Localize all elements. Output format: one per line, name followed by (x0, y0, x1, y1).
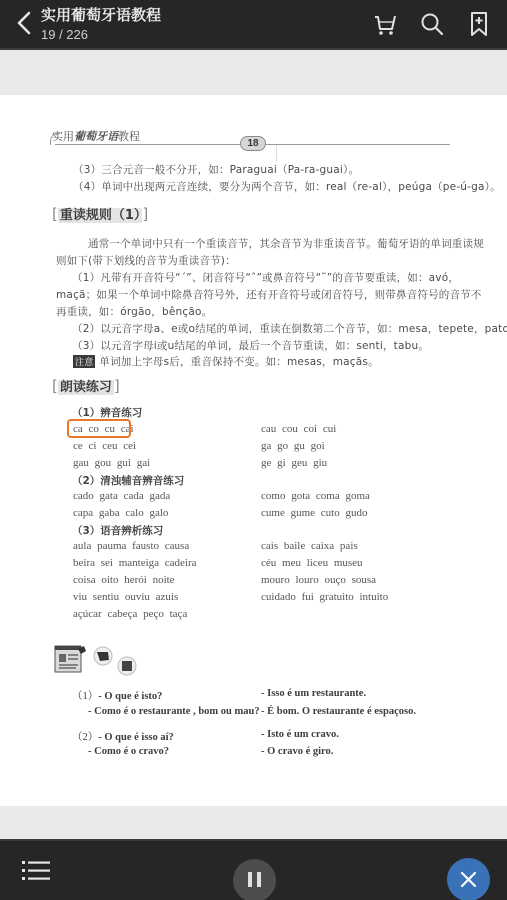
word-row: cais baile caixa pais (261, 540, 358, 552)
pause-icon (233, 859, 276, 900)
paragraph-line: （2）以元音字母a、e或o结尾的单词，重读在倒数第二个音节，如：mesa，tep… (72, 321, 507, 336)
page-fold-mark (276, 145, 277, 161)
pause-button[interactable] (233, 859, 276, 900)
word-row: mouro louro ouço sousa (261, 574, 376, 586)
dialogue-text: - O que é isto? (98, 691, 162, 702)
page-indicator: 19 / 226 (41, 27, 88, 42)
dialogue-2-line-2-left: - Como é o cravo? (88, 746, 169, 757)
list-menu-icon (20, 858, 52, 884)
word-row: capa gaba calo galo (73, 507, 168, 519)
paragraph-line: 通常一个单词中只有一个重读音节，其余音节为非重读音节。葡萄牙语的单词重读规 (88, 236, 484, 251)
dialogue-2-line-1-right: - Isto é um cravo. (261, 729, 339, 740)
paragraph-line: 则如下(带下划线的音节为重读音节)： (56, 253, 236, 268)
reader-margin-top (0, 52, 507, 95)
close-button[interactable] (447, 858, 490, 900)
dialogue-1-line-1-right: - Isso é um restaurante. (261, 688, 366, 699)
word-row: ga go gu goi (261, 440, 325, 452)
cart-button[interactable] (372, 11, 398, 37)
add-bookmark-button[interactable] (466, 11, 492, 37)
header-bold: 葡萄牙语 (74, 130, 118, 143)
word-row: ge gi geu giu (261, 457, 327, 469)
back-chevron-icon (14, 10, 36, 36)
note-tag: 注意 (73, 355, 95, 368)
running-header: 实用葡萄牙语教程 (52, 128, 140, 144)
dialogue-1-line-1-left: （1）- O que é isto? (72, 688, 162, 703)
search-button[interactable] (419, 11, 445, 37)
book-title: 实用葡萄牙语教程 (41, 4, 161, 25)
section-heading-stress-rules: [重读规则（1）] (52, 204, 148, 223)
word-row: açúcar cabeça peço taça (73, 608, 187, 620)
dialogue-number: （1） (72, 691, 98, 702)
word-row: aula pauma fausto causa (73, 540, 189, 552)
word-row: como gota coma goma (261, 490, 370, 502)
dialogue-number: （2） (72, 732, 98, 743)
paragraph-line: （1）凡带有开音符号“´”、闭音符号“ˆ”或鼻音符号“˜”的音节要重读，如：av… (72, 270, 459, 285)
word-row: coisa oito herói noite (73, 574, 175, 586)
word-row: ce ci ceu cei (73, 440, 136, 452)
reading-highlight-box (67, 419, 131, 438)
top-bar: 实用葡萄牙语教程 19 / 226 (0, 0, 507, 50)
paragraph-line: maçã；如果一个单词中除鼻音符号外，还有开音符号或闭音符号，则带鼻音符号的音节… (56, 287, 482, 302)
dialogue-1-line-2-right: - É bom. O restaurante é espaçoso. (261, 706, 416, 717)
book-page[interactable]: 实用葡萄牙语教程 18 （3）三合元音一般不分开，如：Paraguai（Pa-r… (0, 95, 507, 806)
page-number-badge: 18 (240, 136, 266, 151)
header-prefix: 实用 (52, 130, 74, 143)
word-row: beira sei manteiga cadeira (73, 557, 197, 569)
document-speech-icon (54, 643, 144, 677)
close-icon (447, 858, 490, 900)
intro-line: （4）单词中出现两元音连续，要分为两个音节，如：real（re-al），peúg… (73, 179, 501, 194)
header-suffix: 教程 (118, 130, 140, 143)
dialogue-text: - O que é isso aí? (98, 732, 174, 743)
paragraph-line: （3）以元音字母i或u结尾的单词，最后一个音节重读，如：senti，tabu。 (72, 338, 429, 353)
paragraph-line: 再重读，如：órgão，bênção。 (56, 304, 212, 319)
word-row: gau gou gui gai (73, 457, 150, 469)
dialogue-1-line-2-left: - Como é o restaurante , bom ou mau? (88, 706, 260, 717)
dialogue-2-line-2-right: - O cravo é giro. (261, 746, 333, 757)
reader-margin-bottom (0, 806, 507, 839)
cart-icon (372, 11, 398, 37)
note-text: 单词加上字母s后，重音保持不变。如：mesas，maçãs。 (99, 356, 378, 368)
word-row: cume gume cuto gudo (261, 507, 367, 519)
word-row: viu sentiu ouviu azuis (73, 591, 178, 603)
note-line: 注意单词加上字母s后，重音保持不变。如：mesas，maçãs。 (73, 354, 379, 369)
exercise-label: （3）语音辨析练习 (72, 523, 163, 538)
back-button[interactable] (14, 10, 36, 36)
section-title: 重读规则（1） (58, 208, 143, 223)
section-heading-reading-practice: [朗读练习] (52, 376, 120, 395)
word-row: cado gata cada gada (73, 490, 170, 502)
search-icon (419, 11, 445, 37)
bottom-toolbar (0, 839, 507, 900)
exercise-label: （1）辨音练习 (72, 405, 142, 420)
dialogue-2-line-1-left: （2）- O que é isso aí? (72, 729, 174, 744)
bookmark-add-icon (466, 11, 492, 37)
word-row: cau cou coi cui (261, 423, 336, 435)
word-row: cuidado fui gratuito intuito (261, 591, 388, 603)
word-row: céu meu liceu museu (261, 557, 363, 569)
table-of-contents-button[interactable] (20, 858, 52, 884)
exercise-label: （2）清浊辅音辨音练习 (72, 473, 184, 488)
dialogue-section-icon (54, 643, 144, 677)
intro-line: （3）三合元音一般不分开，如：Paraguai（Pa-ra-guai）。 (73, 162, 359, 177)
section-title: 朗读练习 (58, 380, 114, 395)
